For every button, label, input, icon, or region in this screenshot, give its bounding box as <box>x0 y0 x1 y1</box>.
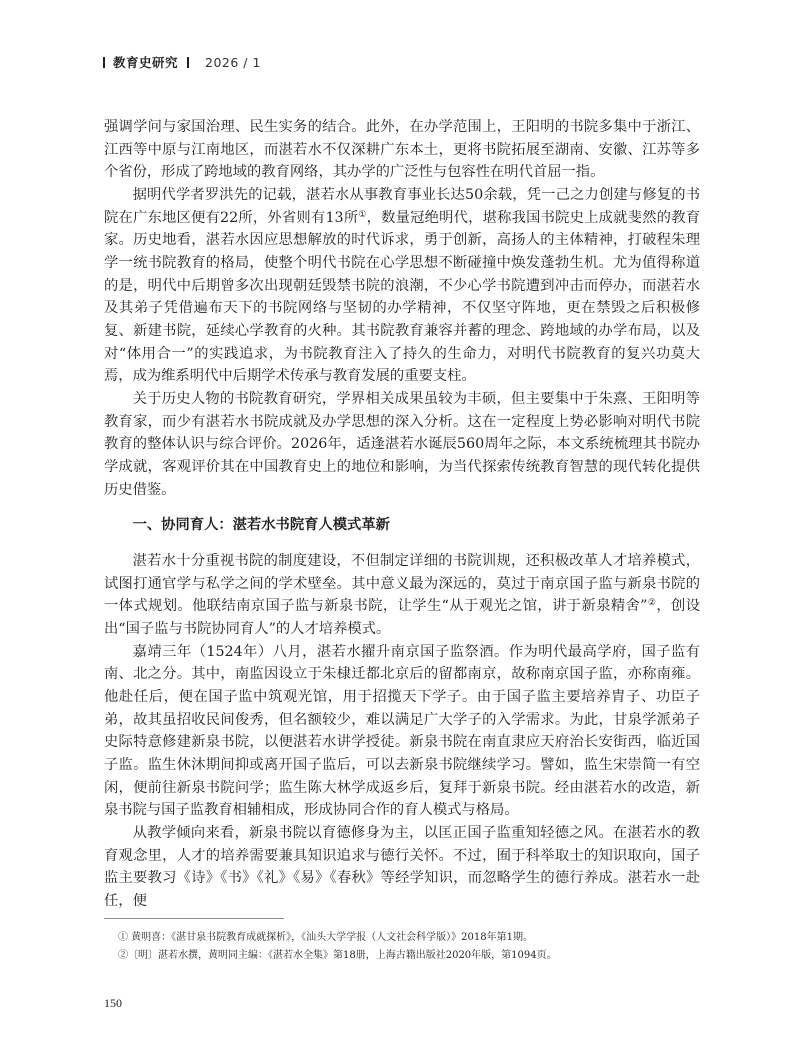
issue-number: 2026 / 1 <box>205 55 261 70</box>
paragraph: 强调学问与家国治理、民生实务的结合。此外，在办学范围上，王阳明的书院多集中于浙江… <box>104 116 700 184</box>
header-divider-right <box>187 57 189 68</box>
section-heading: 一、协同育人：湛若水书院育人模式革新 <box>104 514 700 536</box>
footnote-ref-1[interactable]: ① <box>358 210 366 220</box>
paragraph-text: 湛若水十分重视书院的制度建设，不但制定详细的书院训规，还积极改革人才培养模式，试… <box>104 553 700 614</box>
paragraph-text: 强调学问与家国治理、民生实务的结合。此外，在办学范围上，王阳明的书院多集中于浙江… <box>104 119 700 180</box>
footnote-2: ②〔明〕湛若水撰，黄明同主编：《湛若水全集》第18册，上海古籍出版社2020年版… <box>118 947 708 965</box>
paragraph: 嘉靖三年（1524年）八月，湛若水擢升南京国子监祭酒。作为明代最高学府，国子监有… <box>104 641 700 822</box>
paragraph-text: 嘉靖三年（1524年）八月，湛若水擢升南京国子监祭酒。作为明代最高学府，国子监有… <box>104 644 700 819</box>
paragraph: 关于历史人物的书院教育研究，学界相关成果虽较为丰硕，但主要集中于朱熹、王阳明等教… <box>104 388 700 501</box>
footnotes: ① 黄明喜：《湛甘泉书院教育成就探析》，《汕头大学学报（人文社会科学版）》201… <box>118 929 708 964</box>
page-number: 150 <box>104 996 122 1011</box>
paragraph-text: ，数量冠绝明代，堪称我国书院史上成就斐然的教育家。历史地看，湛若水因应思想解放的… <box>104 210 700 385</box>
footnote-divider <box>104 918 284 919</box>
header-divider-left <box>103 57 105 68</box>
paragraph: 从教学倾向来看，新泉书院以育德修身为主，以匡正国子监重知轻德之风。在湛若水的教育… <box>104 822 700 913</box>
running-head: 教育史研究 2026 / 1 <box>103 53 261 71</box>
paragraph-text: 从教学倾向来看，新泉书院以育德修身为主，以匡正国子监重知轻德之风。在湛若水的教育… <box>104 825 700 909</box>
article-body: 强调学问与家国治理、民生实务的结合。此外，在办学范围上，王阳明的书院多集中于浙江… <box>104 116 700 913</box>
paragraph: 据明代学者罗洪先的记载，湛若水从事教育事业长达50余载，凭一己之力创建与修复的书… <box>104 184 700 388</box>
journal-title: 教育史研究 <box>113 53 178 71</box>
paragraph: 湛若水十分重视书院的制度建设，不但制定详细的书院训规，还积极改革人才培养模式，试… <box>104 550 700 641</box>
footnote-1: ① 黄明喜：《湛甘泉书院教育成就探析》，《汕头大学学报（人文社会科学版）》201… <box>118 929 708 947</box>
paragraph-text: 关于历史人物的书院教育研究，学界相关成果虽较为丰硕，但主要集中于朱熹、王阳明等教… <box>104 391 700 498</box>
